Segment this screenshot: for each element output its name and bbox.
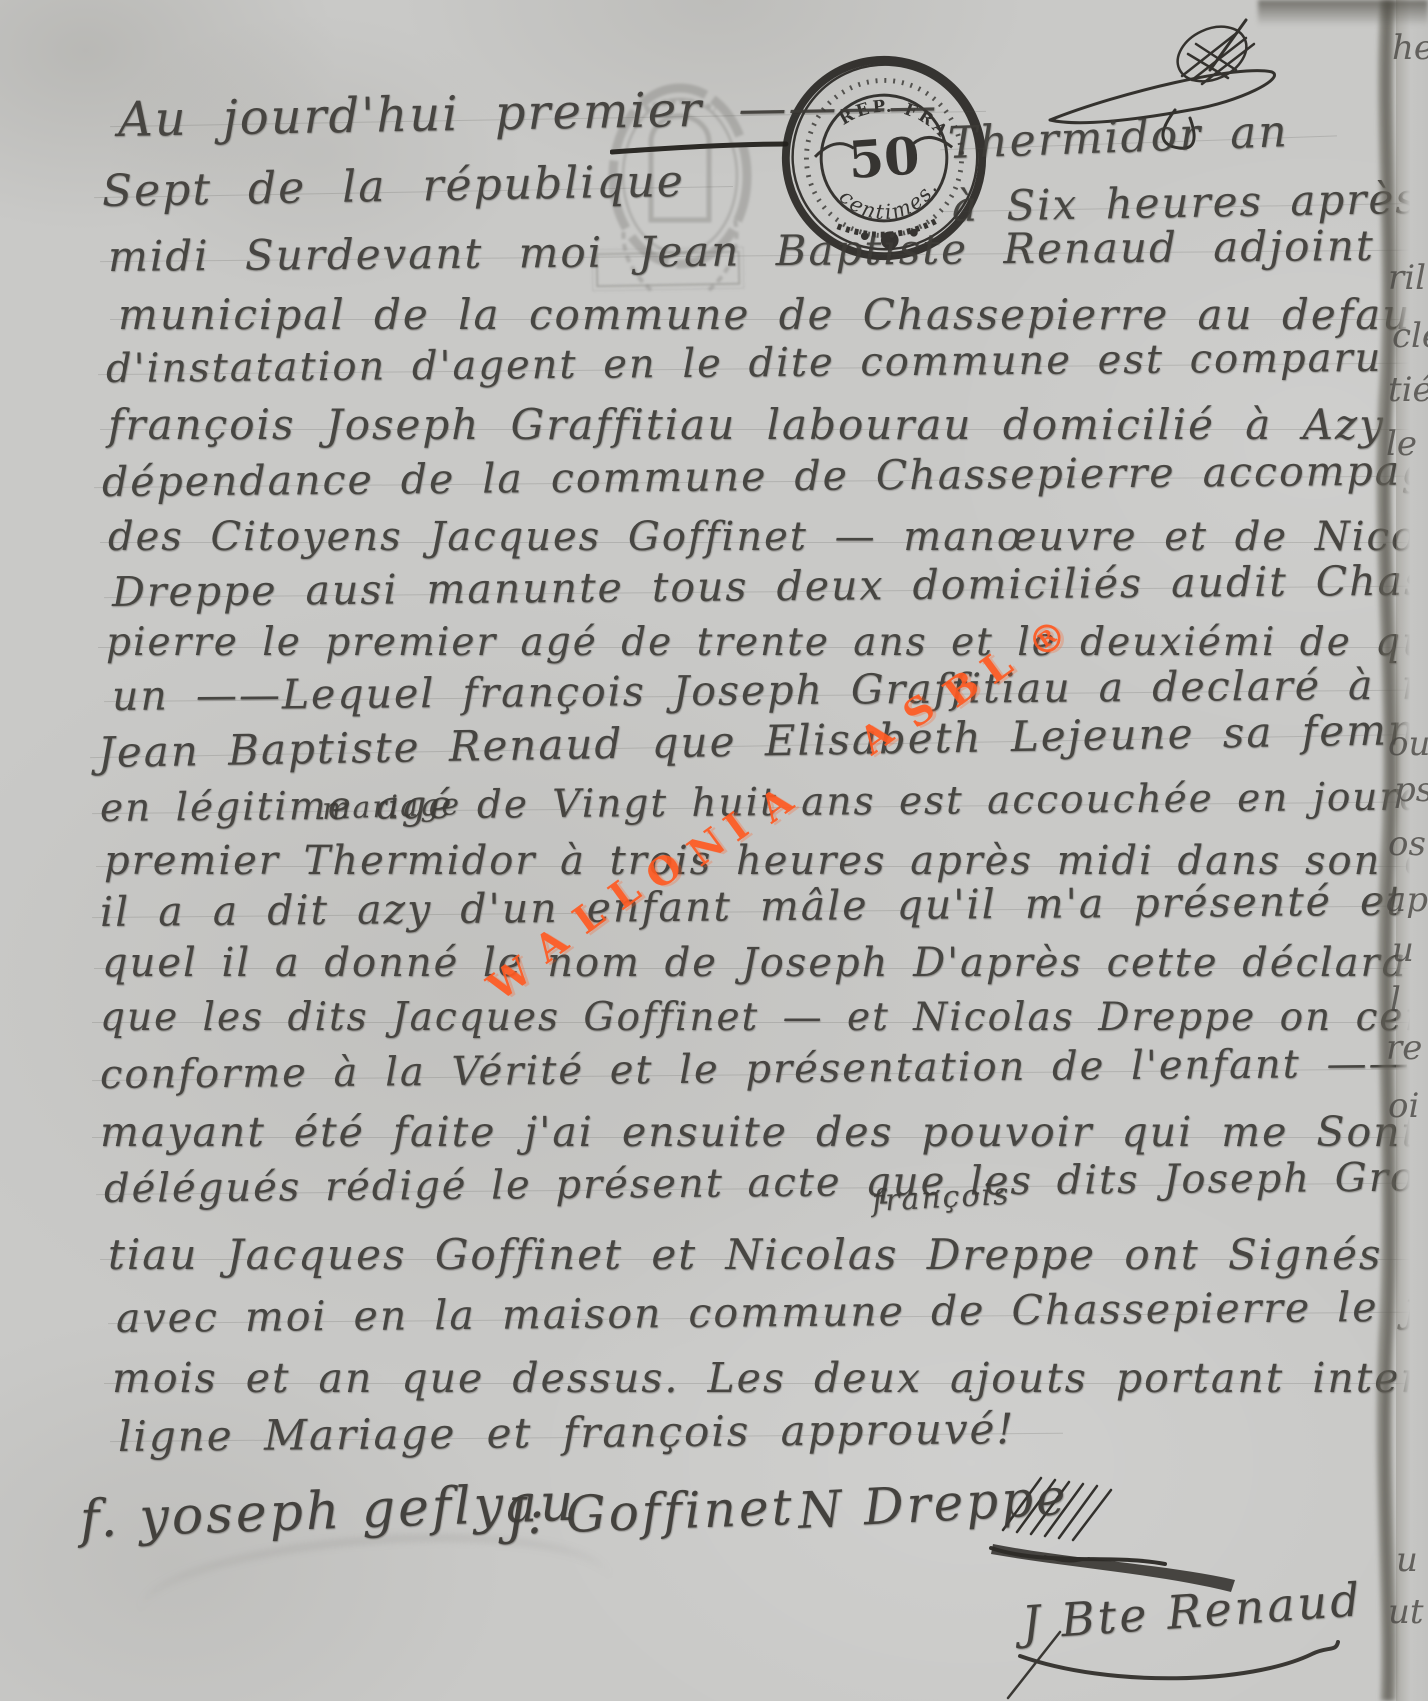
manuscript-line: dépendance de la commune de Chassepierre…: [102, 446, 1428, 506]
manuscript-page: REP. FRA. 50 centimes.: [0, 0, 1428, 1701]
facing-page-fragment: ps: [1394, 770, 1428, 810]
manuscript-line: Sept de la république: [102, 156, 686, 217]
manuscript-line: avec moi en la maison commune de Chassep…: [116, 1282, 1428, 1342]
facing-page-fragment: os: [1388, 824, 1426, 864]
facing-page-fragment: le: [1386, 424, 1417, 464]
facing-page-fragment: u: [1392, 930, 1414, 970]
signature: J: Goffinet: [505, 1478, 796, 1546]
manuscript-line: conforme à la Vérité et le présentation …: [100, 1040, 1428, 1098]
facing-page-fragment: cle: [1392, 316, 1428, 356]
facing-page-fragment: u: [1396, 1540, 1418, 1580]
facing-page-fragment: oi: [1388, 1086, 1419, 1126]
facing-page-fragment: ou: [1388, 724, 1428, 764]
facing-page-fragment: ut: [1388, 1592, 1424, 1632]
ink-slash: [610, 138, 790, 158]
interline-insertion: mariage: [321, 787, 461, 827]
manuscript-line: françois Joseph Graffitiau labourau domi…: [108, 400, 1385, 449]
page-corner-shadow: [1258, 0, 1428, 26]
interline-insertion: françois: [871, 1177, 1011, 1219]
manuscript-line: tiau Jacques Goffinet et Nicolas Dreppe …: [108, 1230, 1383, 1279]
manuscript-line: municipal de la commune de Chassepierre …: [118, 290, 1428, 339]
stamp-value: 50: [847, 126, 922, 191]
manuscript-line: que les dits Jacques Goffinet — et Nicol…: [100, 995, 1428, 1040]
facing-page-fragment: re: [1386, 1028, 1422, 1068]
manuscript-line: d'instatation d'agent en le dite commune…: [106, 334, 1428, 392]
manuscript-line: des Citoyens Jacques Goffinet — manœuvre…: [108, 514, 1428, 560]
facing-page-fragment: ril: [1388, 258, 1426, 298]
manuscript-line: quel il a donné le nom de Joseph D'après…: [102, 940, 1428, 986]
manuscript-line: premier Thermidor à trois heures après m…: [104, 838, 1428, 884]
facing-page-fragment: l: [1390, 980, 1401, 1020]
manuscript-line: Thermidor an: [947, 106, 1289, 169]
facing-page-fragment: ap: [1386, 880, 1428, 920]
manuscript-line: mayant été faite j'ai ensuite des pouvoi…: [100, 1108, 1420, 1156]
facing-page-fragment: he: [1392, 28, 1428, 68]
manuscript-line: pierre le premier agé de trente ans et l…: [106, 620, 1428, 665]
manuscript-line: Dreppe ausi manunte tous deux domiciliés…: [112, 556, 1428, 616]
manuscript-line: délégués rédigé le présent acte que les …: [104, 1154, 1428, 1212]
manuscript-line: midi Surdevant moi Jean Baptiste Renaud …: [108, 221, 1375, 281]
manuscript-line: il a a dit azy d'un enfant mâle qu'il m'…: [100, 876, 1428, 936]
facing-page-fragment: tié: [1388, 370, 1428, 410]
manuscript-line: ligne Mariage et françois approuvé!: [118, 1404, 1016, 1461]
manuscript-line: mois et an que dessus. Les deux ajouts p…: [112, 1354, 1422, 1402]
